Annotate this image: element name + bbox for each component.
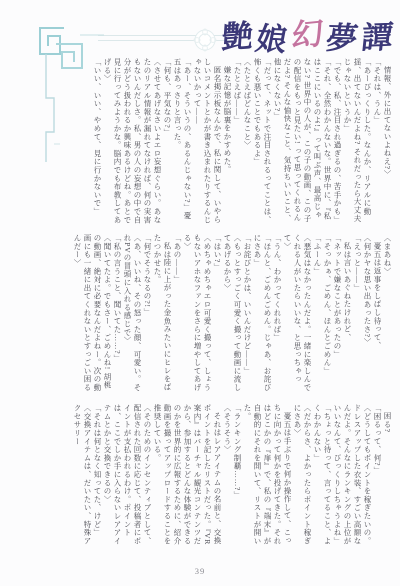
text-column: 〈何かヤな思い出あったさ?〉 xyxy=(362,234,372,392)
text-column: 〈だからさ、よかったらポイント稼ぎにさあ〉 xyxy=(292,404,312,552)
title-char: 艶 xyxy=(220,18,255,57)
text-column: 憂五は返事をしばし待って、 xyxy=(372,234,382,392)
text-column: 〈どうしてもポイントを稼ぎたいの。ドレスアップした衣装、すごい高額なんだよ。そん… xyxy=(332,404,372,552)
text-column: 「何も、平気なの?」 xyxy=(162,58,172,224)
text-column: 「えっと――」 xyxy=(352,234,362,392)
text-column: 〈そのためのインセンティブとして、配信された回数に応じて、投稿者にポイントが支払… xyxy=(102,404,152,552)
text-column: 「そっかぁ、ごめん、ほんとごめん」 xyxy=(322,234,332,392)
title-char: 娘 xyxy=(252,21,291,60)
text-column: 「あの――」 xyxy=(172,234,182,392)
page-title: 艶 娘 幻 夢 譚 xyxy=(219,16,396,53)
text-column: 〈めちゃめちゃエロ可愛く撮って、しょうもないアホなファンをさらに増やしてあげる〉 xyxy=(182,234,212,392)
title-char: 夢 xyxy=(323,20,361,58)
text-column: 〈たとえばどんなこと〉 xyxy=(242,58,252,224)
title-char: 譚 xyxy=(360,19,396,57)
text-column: 〈悪気はなかったんだよ。一緒に楽しんでくれる人がいたらいいな、と思っちゃって〉 xyxy=(282,234,312,392)
text-column: 匿名掲示板なんかで、私に関して、いやらしいコメントとかが書き込まれたりするんじゃ… xyxy=(192,58,222,224)
text-column: 「うん、わかってくれれば」 xyxy=(272,234,282,392)
text-column: 嫌な記憶が脳裏をかすめた。 xyxy=(222,58,232,224)
text-column: 「ほんと、ごめんごめん。じゃあ、お詫びにさあ」 xyxy=(252,234,272,392)
text-column: 「ネットで嫌なことがあったの」 xyxy=(332,234,342,392)
text-column: 〈聞いてたよ。でもさー、ごめんね! 胡桃の動画、絶対に必要なんだよねー。次の動画… xyxy=(72,234,112,392)
text-band-bottom: 困る?「困るって、何?」〈どうしてもポイントを稼ぎたいの。ドレスアップした衣装、… xyxy=(32,404,392,552)
text-column: それはレアアイテムの名前と、交換ポイントを記したリストだった。『VR案内』はバー… xyxy=(152,404,222,552)
text-column: 「でも、私、注目され過ぎるの、苦手かも」 xyxy=(332,58,342,224)
text-column: 「それ、全然わかんないな。世界中に、『私はここにいるのよ!』って叫ぶ声、最高じゃ… xyxy=(272,58,332,224)
text-column: 「ランキング制覇……?」 xyxy=(232,404,242,552)
text-column: 「それは、うん」 xyxy=(372,58,382,224)
text-column: 「あー、そういうの、あるんじゃない?」憂五はあっさりと言った。 xyxy=(172,58,192,224)
text-column: 「はい?」 xyxy=(212,234,222,392)
book-page: 艶 娘 幻 夢 譚 情報、外に出てないよねえ?〉「それは、うん」「あーびっくりし… xyxy=(0,0,400,586)
text-column: 「お詫びとかは、いいんだけど――」 xyxy=(242,234,252,392)
page-number: 39 xyxy=(0,566,400,576)
text-column: 「困るって、何?」 xyxy=(372,404,382,552)
text-column: 〈あ、いいね、その怒った顔、可愛い。それPVの冒頭に入れる感じで〉 xyxy=(122,234,142,392)
text-column: 困る? xyxy=(382,404,392,552)
text-band-middle: 〈まあね〉憂五は返事をしばし待って、〈何かヤな思い出あったさ?〉「えっと――」私… xyxy=(32,234,392,392)
text-column: 〈もっとすっごく可愛く撮って動画に流してあげるから〉 xyxy=(222,234,242,392)
text-column: 「何でそうなるの?!」 xyxy=(142,234,152,392)
text-column: 「ふーん」 xyxy=(312,234,322,392)
text-column: 〈させてあげなさいよエロ妄想ぐらい。あなたのリアル情報が漏れてなければ、何の実害… xyxy=(102,58,162,224)
text-column: 「私の言うこと、聞いてた……?」 xyxy=(112,234,122,392)
text-column: 憂五は手ぶりで何か操作して、こっちに向かって何かを投げてきた。それはどこかの『扉… xyxy=(242,404,292,552)
text-column: 「だって、ネットで注目されるってことは、怖くも悪いことでもあるよ」 xyxy=(252,58,272,224)
meander-corner-ornament-icon xyxy=(34,24,104,166)
text-column: 私は言いあぐねたけれど、 xyxy=(342,234,352,392)
title-char-accent: 幻 xyxy=(291,15,325,55)
text-column: 〈まあね〉 xyxy=(382,234,392,392)
text-column: 「それは何となく知ってた、けど」 xyxy=(92,404,102,552)
text-column: 〈交換アイテムは、だいたい、特殊アクセサリー xyxy=(72,404,92,552)
text-column: 情報、外に出てないよねえ?〉 xyxy=(382,58,392,224)
flower-medallion-icon xyxy=(192,27,218,53)
text-column: 「あーびっくりした。なんか、リアルに動揺、出てないんだよね? それだったら大丈夫… xyxy=(342,58,372,224)
text-column: 〈そうそう〉 xyxy=(222,404,232,552)
text-column: 「たとえば――」 xyxy=(232,58,242,224)
text-column: 私は陸に上がった金魚みたいにヒレをばたつかせた。 xyxy=(152,234,172,392)
text-column: 「ちょっと待って、言ってること、よくわかんない」 xyxy=(312,404,332,552)
